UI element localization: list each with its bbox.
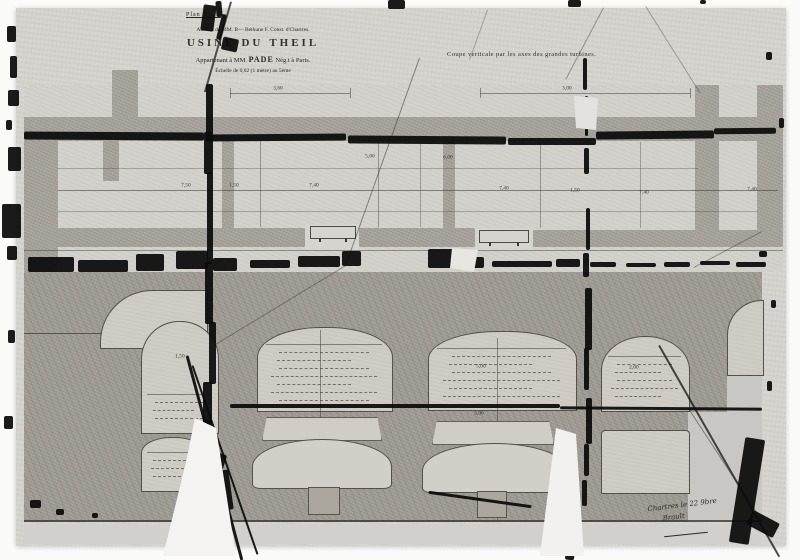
dimension-label: 1,50 xyxy=(229,184,239,189)
drawing-line xyxy=(260,141,261,227)
dimension-label: 6,00 xyxy=(443,156,453,161)
water-dash-row xyxy=(443,396,561,404)
water-dash-row xyxy=(151,468,183,476)
tear-mark xyxy=(584,348,589,390)
tear-mark xyxy=(30,500,41,508)
tear-mark xyxy=(28,257,74,272)
water-dash-row xyxy=(266,344,383,352)
drawing-line xyxy=(58,190,778,191)
tear-mark xyxy=(585,288,592,350)
dimension-label: 3,00 xyxy=(562,87,572,92)
tear-mark xyxy=(176,251,208,269)
water-dash-row xyxy=(452,372,551,380)
tear-mark xyxy=(207,172,213,264)
dimension-label: 7,40 xyxy=(499,187,509,192)
turbine-runner xyxy=(252,439,392,489)
water-dash-row xyxy=(443,380,561,388)
plan-wall xyxy=(695,141,719,230)
tear-mark xyxy=(136,254,164,271)
tear-mark xyxy=(568,0,581,7)
tear-mark xyxy=(508,138,596,145)
drawing-line xyxy=(540,142,541,228)
drawing-line xyxy=(350,88,351,98)
tear-mark xyxy=(342,251,361,266)
plan-wall xyxy=(757,85,783,230)
tear-mark xyxy=(6,120,12,130)
tear-mark xyxy=(56,509,64,515)
fold-line xyxy=(469,10,488,60)
tear-mark xyxy=(590,262,616,267)
tear-mark xyxy=(78,260,128,272)
tear-mark xyxy=(700,261,730,265)
tear-mark xyxy=(206,84,213,134)
water-lines xyxy=(262,344,386,404)
drawing-line xyxy=(378,141,379,227)
tear-mark xyxy=(7,246,17,260)
water-dash-row xyxy=(449,364,531,372)
fold-line xyxy=(645,6,700,93)
tear-mark xyxy=(24,132,204,141)
water-dash-row xyxy=(452,356,551,364)
water-lines xyxy=(606,356,683,406)
tear-mark xyxy=(213,258,237,271)
dimension-label: 3,60 xyxy=(273,87,283,92)
drawing-line xyxy=(58,211,758,212)
tear-mark xyxy=(771,300,776,308)
tear-mark xyxy=(200,4,216,32)
drawing-line xyxy=(480,93,690,94)
tear-mark xyxy=(586,208,590,250)
tear-mark xyxy=(626,263,656,267)
tear-mark xyxy=(10,56,17,78)
tear-mark xyxy=(766,52,772,60)
dimension-label: 5,00 xyxy=(476,365,486,370)
water-dash-row xyxy=(279,352,368,360)
tear-mark xyxy=(4,416,13,429)
tear-mark xyxy=(583,58,587,90)
tear-mark xyxy=(584,444,589,476)
drawing-line xyxy=(640,142,641,228)
drawing-line xyxy=(24,250,783,251)
turbine-runner xyxy=(422,443,568,493)
photograph-of-technical-drawing: Plan N°. 3 Ateliers de MM. B— Béthune F.… xyxy=(0,0,800,560)
plan-wall xyxy=(58,228,305,247)
bench-symbol xyxy=(310,226,356,239)
water-dash-row xyxy=(271,376,378,384)
plan-wall xyxy=(112,70,138,117)
water-dash-row xyxy=(617,380,672,388)
tear-mark xyxy=(428,249,454,268)
dimension-label: 7,50 xyxy=(181,184,191,189)
tear-mark xyxy=(664,262,690,267)
dimension-label: 1,50 xyxy=(175,355,185,360)
water-dash-row xyxy=(437,348,566,356)
water-dash-row xyxy=(611,388,677,396)
tear-mark xyxy=(759,251,767,257)
water-dash-row xyxy=(615,372,661,380)
tear-mark xyxy=(736,262,766,267)
water-dash-row xyxy=(277,360,351,368)
plan-wall xyxy=(103,141,119,181)
dimension-label: 1,50 xyxy=(570,189,580,194)
dimension-label: 7,40 xyxy=(309,184,319,189)
tear-mark xyxy=(209,322,216,384)
dimension-label: 7,40 xyxy=(639,191,649,196)
turbine-block xyxy=(477,491,507,518)
turbine-casing xyxy=(432,421,554,445)
dimension-label: 2,00 xyxy=(629,366,639,371)
water-dash-row xyxy=(617,364,672,372)
tear-mark xyxy=(700,0,706,4)
tear-mark xyxy=(8,90,19,106)
tear-mark xyxy=(586,398,592,444)
tear-mark xyxy=(250,260,290,268)
tear-mark xyxy=(8,147,21,171)
drawing-line xyxy=(230,93,350,94)
turbine-casing xyxy=(262,417,382,441)
plan-wall xyxy=(24,141,58,272)
bench-symbol xyxy=(479,230,529,243)
tear-mark xyxy=(92,513,98,518)
water-dash-row xyxy=(153,410,194,418)
tear-mark xyxy=(779,118,784,128)
water-dash-row xyxy=(615,396,661,404)
tear-mark xyxy=(298,256,340,267)
dimension-label: 7,40 xyxy=(747,188,757,193)
water-lines xyxy=(433,348,570,405)
tear-mark xyxy=(584,148,589,174)
tear-mark xyxy=(205,262,213,324)
tear-mark xyxy=(2,204,21,238)
water-dash-row xyxy=(271,392,378,400)
plan-wall xyxy=(443,141,455,228)
tear-mark xyxy=(206,134,346,142)
tear-mark xyxy=(7,26,16,42)
water-dash-row xyxy=(449,388,531,396)
tear-mark xyxy=(583,253,589,277)
tear-mark xyxy=(556,259,580,267)
drawing-line xyxy=(420,141,421,227)
drawing-line xyxy=(24,333,102,334)
tear-mark xyxy=(582,480,587,506)
water-dash-row xyxy=(277,384,351,392)
drawing-canvas: 3,603,005,006,007,501,507,407,401,507,40… xyxy=(0,0,800,560)
tear-mark xyxy=(596,130,714,139)
tear-mark xyxy=(204,132,213,174)
dimension-label: 3,00 xyxy=(474,412,484,417)
dimension-label: 5,00 xyxy=(365,155,375,160)
tear-mark xyxy=(230,404,560,408)
tear-mark xyxy=(767,381,772,391)
tear-mark xyxy=(714,128,776,135)
water-dash-row xyxy=(279,368,368,376)
light-zone xyxy=(24,524,762,544)
tear-mark xyxy=(221,36,239,52)
tear-mark xyxy=(492,261,552,267)
water-dash-row xyxy=(155,402,204,410)
turbine-block xyxy=(308,487,340,515)
plan-wall xyxy=(357,228,475,247)
drawing-line xyxy=(480,88,481,98)
drawing-line xyxy=(690,88,691,98)
drawing-line xyxy=(230,88,231,98)
tear-mark xyxy=(8,330,15,343)
tear-mark xyxy=(348,135,506,144)
arch-opening xyxy=(601,430,690,494)
tear-mark xyxy=(388,0,405,9)
